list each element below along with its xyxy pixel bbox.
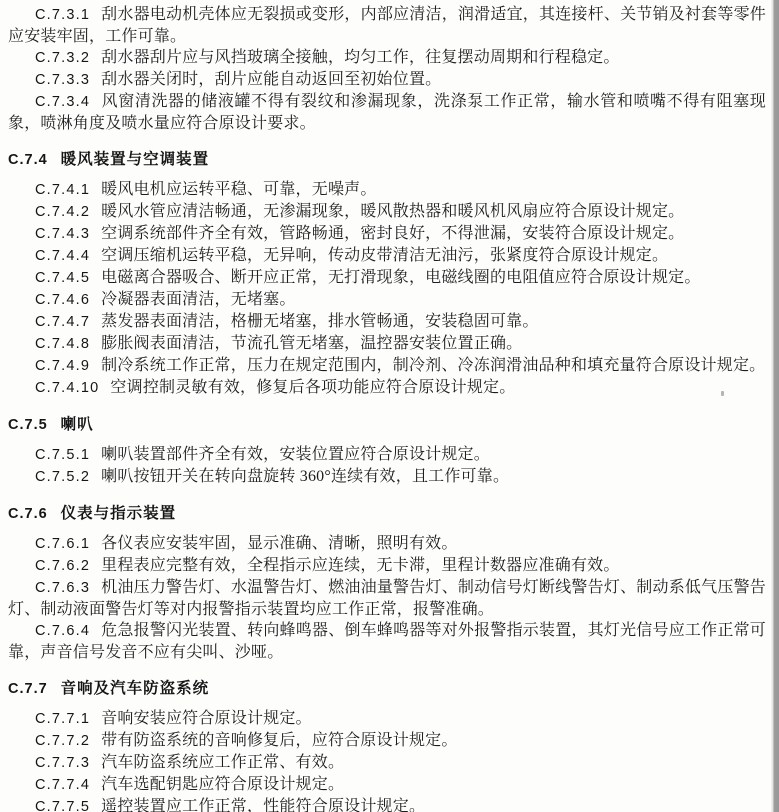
clause-line: C.7.4.6冷凝器表面清洁，无堵塞。 <box>8 289 766 311</box>
clause-number: C.7.5.1 <box>35 447 90 463</box>
clause: C.7.3.2刮水器刮片应与风挡玻璃全接触，均匀工作，往复摆动周期和行程稳定。 <box>8 47 766 69</box>
clause: C.7.7.4汽车选配钥匙应符合原设计规定。 <box>8 774 766 796</box>
section-number: C.7.7 <box>8 681 48 697</box>
clause-number: C.7.5.2 <box>35 469 90 485</box>
clause-line: C.7.7.5遥控装置应工作正常，性能符合原设计规定。 <box>8 796 766 812</box>
clause: C.7.4.9制冷系统工作正常，压力在规定范围内，制冷剂、冷冻润滑油品种和填充量… <box>8 355 766 377</box>
clause-line: C.7.3.1刮水器电动机壳体应无裂损或变形，内部应清洁，润滑适宜，其连接杆、关… <box>8 4 766 26</box>
section-heading: C.7.4暖风装置与空调装置 <box>8 149 766 171</box>
clause-line: C.7.4.2暖风水管应清洁畅通，无渗漏现象，暖风散热器和暖风机风扇应符合原设计… <box>8 201 766 223</box>
section-title: 暖风装置与空调装置 <box>61 151 210 168</box>
clause: C.7.7.3汽车防盗系统应工作正常、有效。 <box>8 752 766 774</box>
clause-number: C.7.7.5 <box>35 799 90 812</box>
section-heading: C.7.5喇叭 <box>8 414 766 436</box>
clause-number: C.7.3.1 <box>35 7 90 23</box>
clause-number: C.7.7.4 <box>35 777 90 793</box>
clause-line: C.7.4.4空调压缩机运转平稳，无异响，传动皮带清洁无油污，张紧度符合原设计规… <box>8 245 766 267</box>
clause-line: C.7.7.4汽车选配钥匙应符合原设计规定。 <box>8 774 766 796</box>
clause: C.7.4.1暖风电机应运转平稳、可靠，无噪声。 <box>8 179 766 201</box>
clause: C.7.6.1各仪表应安装牢固，显示准确、清晰，照明有效。 <box>8 533 766 555</box>
page-edge-scan-strip <box>771 0 779 812</box>
clause-line: C.7.4.5电磁离合器吸合、断开应正常，无打滑现象，电磁线圈的电阻值应符合原设… <box>8 267 766 289</box>
section-number: C.7.4 <box>8 152 48 168</box>
clause: C.7.6.4危急报警闪光装置、转向蜂鸣器、倒车蜂鸣器等对外报警指示装置，其灯光… <box>8 620 766 663</box>
clause-number: C.7.3.4 <box>35 94 90 110</box>
clause-continuation-line: 靠，声音信号发音不应有尖叫、沙哑。 <box>8 642 766 663</box>
clause-line: C.7.6.1各仪表应安装牢固，显示准确、清晰，照明有效。 <box>8 533 766 555</box>
clause-line: C.7.5.1喇叭装置部件齐全有效，安装位置应符合原设计规定。 <box>8 444 766 466</box>
document-page: C.7.3.1刮水器电动机壳体应无裂损或变形，内部应清洁，润滑适宜，其连接杆、关… <box>0 0 779 812</box>
clause-line: C.7.6.2里程表应完整有效，全程指示应连续，无卡滞，里程计数器应准确有效。 <box>8 555 766 577</box>
clause-line: C.7.3.4风窗清洗器的储液罐不得有裂纹和渗漏现象，洗涤泵工作正常，输水管和喷… <box>8 91 766 113</box>
clause: C.7.4.7蒸发器表面清洁，格栅无堵塞，排水管畅通，安装稳固可靠。 <box>8 311 766 333</box>
clause-line: C.7.7.2带有防盗系统的音响修复后，应符合原设计规定。 <box>8 730 766 752</box>
clause-line: C.7.4.9制冷系统工作正常，压力在规定范围内，制冷剂、冷冻润滑油品种和填充量… <box>8 355 766 377</box>
clause-number: C.7.4.6 <box>35 292 90 308</box>
clause-number: C.7.6.4 <box>35 623 90 639</box>
section-title: 喇叭 <box>61 416 94 433</box>
clause: C.7.7.5遥控装置应工作正常，性能符合原设计规定。 <box>8 796 766 812</box>
clause: C.7.7.1音响安装应符合原设计规定。 <box>8 708 766 730</box>
clause: C.7.4.4空调压缩机运转平稳，无异响，传动皮带清洁无油污，张紧度符合原设计规… <box>8 245 766 267</box>
clause-line: C.7.7.1音响安装应符合原设计规定。 <box>8 708 766 730</box>
clause: C.7.4.10空调控制灵敏有效，修复后各项功能应符合原设计规定。 <box>8 377 766 399</box>
section-heading: C.7.6仪表与指示装置 <box>8 503 766 525</box>
clause-number: C.7.4.3 <box>35 226 90 242</box>
clause-line: C.7.3.3刮水器关闭时，刮片应能自动返回至初始位置。 <box>8 69 766 91</box>
clause: C.7.4.5电磁离合器吸合、断开应正常，无打滑现象，电磁线圈的电阻值应符合原设… <box>8 267 766 289</box>
clause-line: C.7.4.10空调控制灵敏有效，修复后各项功能应符合原设计规定。 <box>8 377 766 399</box>
clause-continuation-line: 应安装牢固，工作可靠。 <box>8 26 766 47</box>
clause-line: C.7.4.7蒸发器表面清洁，格栅无堵塞，排水管畅通，安装稳固可靠。 <box>8 311 766 333</box>
document-body: C.7.3.1刮水器电动机壳体应无裂损或变形，内部应清洁，润滑适宜，其连接杆、关… <box>8 4 766 812</box>
clause-continuation-line: 灯、制动液面警告灯等对内报警指示装置均应工作正常，报警准确。 <box>8 599 766 620</box>
clause-number: C.7.4.7 <box>35 314 90 330</box>
clause: C.7.6.3机油压力警告灯、水温警告灯、燃油油量警告灯、制动信号灯断线警告灯、… <box>8 577 766 620</box>
section-number: C.7.6 <box>8 506 48 522</box>
clause-number: C.7.7.2 <box>35 733 90 749</box>
section-number: C.7.5 <box>8 417 48 433</box>
section-title: 仪表与指示装置 <box>61 505 177 522</box>
clause-number: C.7.4.9 <box>35 358 90 374</box>
clause: C.7.5.2喇叭按钮开关在转向盘旋转 360°连续有效，且工作可靠。 <box>8 466 766 488</box>
clause-number: C.7.4.8 <box>35 336 90 352</box>
section-title: 音响及汽车防盗系统 <box>61 680 210 697</box>
clause-number: C.7.3.3 <box>35 72 90 88</box>
clause-line: C.7.3.2刮水器刮片应与风挡玻璃全接触，均匀工作，往复摆动周期和行程稳定。 <box>8 47 766 69</box>
clause-number: C.7.4.1 <box>35 182 90 198</box>
clause: C.7.6.2里程表应完整有效，全程指示应连续，无卡滞，里程计数器应准确有效。 <box>8 555 766 577</box>
clause: C.7.4.6冷凝器表面清洁，无堵塞。 <box>8 289 766 311</box>
clause-number: C.7.4.2 <box>35 204 90 220</box>
clause: C.7.3.4风窗清洗器的储液罐不得有裂纹和渗漏现象，洗涤泵工作正常，输水管和喷… <box>8 91 766 134</box>
clause-number: C.7.7.1 <box>35 711 90 727</box>
clause-line: C.7.6.3机油压力警告灯、水温警告灯、燃油油量警告灯、制动信号灯断线警告灯、… <box>8 577 766 599</box>
clause-number: C.7.3.2 <box>35 50 90 66</box>
clause-line: C.7.4.8膨胀阀表面清洁，节流孔管无堵塞，温控器安装位置正确。 <box>8 333 766 355</box>
clause: C.7.4.2暖风水管应清洁畅通，无渗漏现象，暖风散热器和暖风机风扇应符合原设计… <box>8 201 766 223</box>
clause: C.7.3.1刮水器电动机壳体应无裂损或变形，内部应清洁，润滑适宜，其连接杆、关… <box>8 4 766 47</box>
scan-artifact-speck <box>721 391 724 396</box>
clause-number: C.7.7.3 <box>35 755 90 771</box>
clause-line: C.7.4.3空调系统部件齐全有效，管路畅通，密封良好，不得泄漏，安装符合原设计… <box>8 223 766 245</box>
clause-line: C.7.7.3汽车防盗系统应工作正常、有效。 <box>8 752 766 774</box>
clause-number: C.7.4.4 <box>35 248 90 264</box>
clause-number: C.7.4.10 <box>35 380 99 396</box>
clause: C.7.4.8膨胀阀表面清洁，节流孔管无堵塞，温控器安装位置正确。 <box>8 333 766 355</box>
clause-line: C.7.5.2喇叭按钮开关在转向盘旋转 360°连续有效，且工作可靠。 <box>8 466 766 488</box>
clause-number: C.7.6.2 <box>35 558 90 574</box>
clause-line: C.7.6.4危急报警闪光装置、转向蜂鸣器、倒车蜂鸣器等对外报警指示装置，其灯光… <box>8 620 766 642</box>
clause-line: C.7.4.1暖风电机应运转平稳、可靠，无噪声。 <box>8 179 766 201</box>
clause: C.7.5.1喇叭装置部件齐全有效，安装位置应符合原设计规定。 <box>8 444 766 466</box>
section-heading: C.7.7音响及汽车防盗系统 <box>8 678 766 700</box>
clause-number: C.7.4.5 <box>35 270 90 286</box>
clause: C.7.3.3刮水器关闭时，刮片应能自动返回至初始位置。 <box>8 69 766 91</box>
clause-continuation-line: 象，喷淋角度及喷水量应符合原设计要求。 <box>8 113 766 134</box>
clause: C.7.4.3空调系统部件齐全有效，管路畅通，密封良好，不得泄漏，安装符合原设计… <box>8 223 766 245</box>
clause-number: C.7.6.1 <box>35 536 90 552</box>
clause: C.7.7.2带有防盗系统的音响修复后，应符合原设计规定。 <box>8 730 766 752</box>
clause-number: C.7.6.3 <box>35 580 90 596</box>
